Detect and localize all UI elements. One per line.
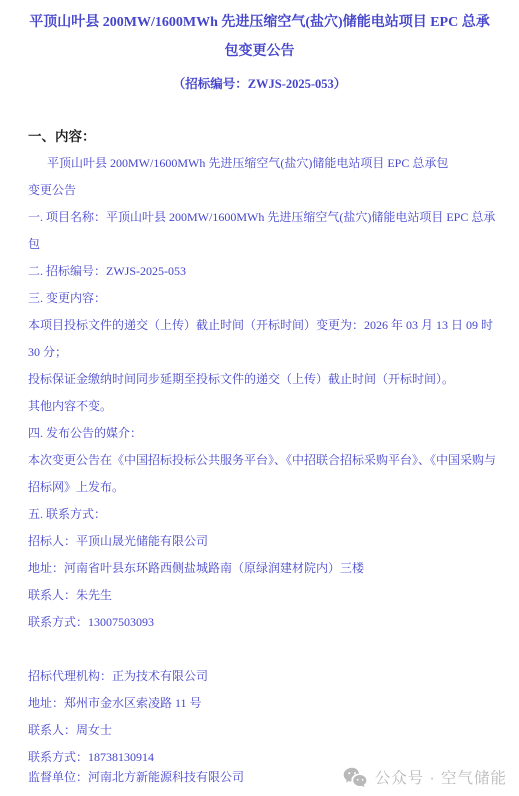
change-deadline-text: 本项目投标文件的递交（上传）截止时间（开标时间）变更为：2026 年 03 月 … xyxy=(28,312,497,366)
item-change-content-heading: 三. 变更内容： xyxy=(28,285,497,312)
wechat-icon xyxy=(343,767,368,788)
tender-number-line: （招标编号：ZWJS-2025-053） xyxy=(0,75,519,93)
agency-contact-person-line: 联系人：周女士 xyxy=(28,717,497,744)
watermark-label: 公众号 · 空气储能 xyxy=(375,766,507,788)
announcement-page: 平顶山叶县 200MW/1600MWh 先进压缩空气(盐穴)储能电站项目 EPC… xyxy=(0,0,519,796)
bid-bond-extension-text: 投标保证金缴纳时间同步延期至投标文件的递交（上传）截止时间（开标时间）。 xyxy=(28,366,497,393)
publication-platforms-text: 本次变更公告在《中国招标投标公共服务平台》、《中招联合招标采购平台》、《中国采购… xyxy=(28,447,497,501)
item-publication-media-heading: 四. 发布公告的媒介： xyxy=(28,420,497,447)
item-project-name: 一. 项目名称：平顶山叶县 200MW/1600MWh 先进压缩空气(盐穴)储能… xyxy=(28,204,497,258)
footer: 监督单位：河南北方新能源科技有限公司 公众号 · 空气储能 xyxy=(28,766,507,788)
page-title: 平顶山叶县 200MW/1600MWh 先进压缩空气(盐穴)储能电站项目 EPC… xyxy=(26,8,493,66)
agency-line: 招标代理机构：正为技术有限公司 xyxy=(28,663,497,690)
supervisor-line: 监督单位：河南北方新能源科技有限公司 xyxy=(28,767,244,787)
tenderer-line: 招标人：平顶山晟光储能有限公司 xyxy=(28,528,497,555)
item-tender-number: 二. 招标编号：ZWJS-2025-053 xyxy=(28,258,497,285)
tenderer-contact-person-line: 联系人：朱先生 xyxy=(28,582,497,609)
content-line-notice-type: 变更公告 xyxy=(28,177,497,204)
other-content-unchanged-text: 其他内容不变。 xyxy=(28,393,497,420)
official-account-watermark: 公众号 · 空气储能 xyxy=(343,766,507,788)
agency-address-line: 地址：郑州市金水区索凌路 11 号 xyxy=(28,690,497,717)
section-heading: 一、内容： xyxy=(28,123,497,150)
tenderer-address-line: 地址：河南省叶县东环路西侧盐城路南（原绿润建材院内）三楼 xyxy=(28,555,497,582)
tenderer-phone-line: 联系方式：13007503093 xyxy=(28,609,497,636)
item-contact-heading: 五. 联系方式： xyxy=(28,501,497,528)
content-line-project-name: 平顶山叶县 200MW/1600MWh 先进压缩空气(盐穴)储能电站项目 EPC… xyxy=(28,150,497,177)
